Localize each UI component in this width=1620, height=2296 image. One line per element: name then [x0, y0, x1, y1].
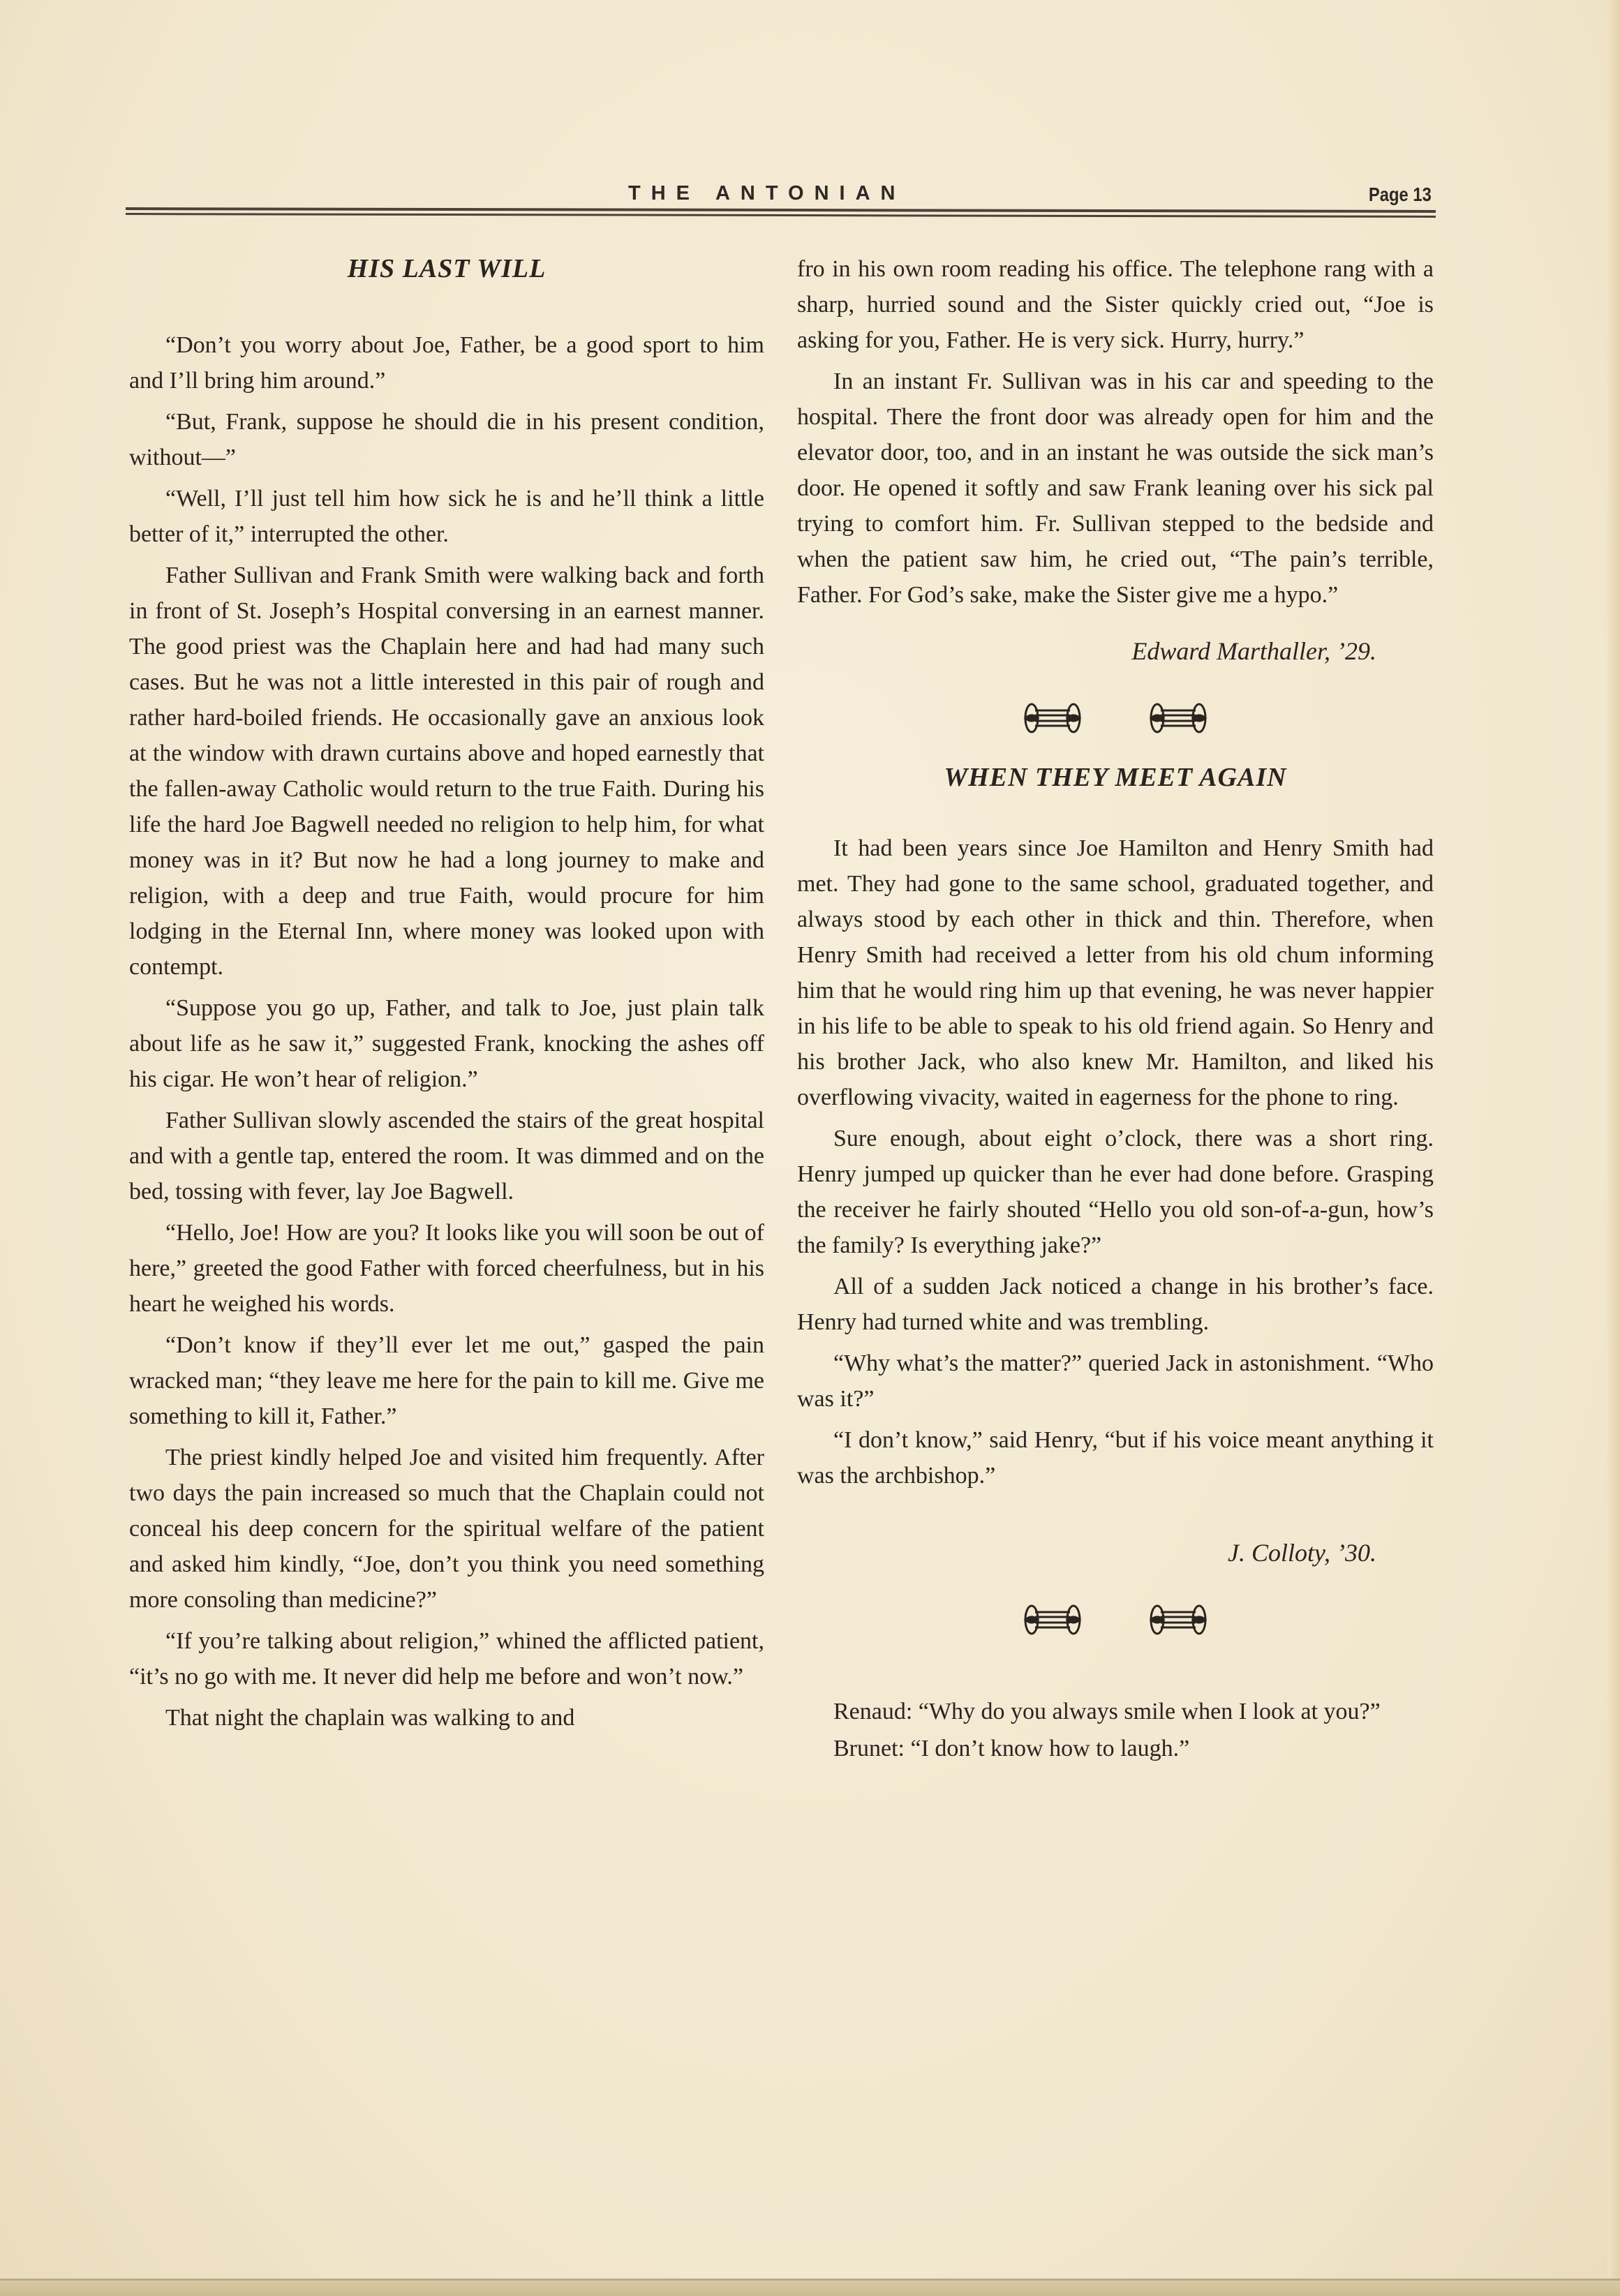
- paragraph: “I don’t know,” said Henry, “but if his …: [797, 1422, 1434, 1493]
- story-title-when-they-meet-again: WHEN THEY MEET AGAIN: [797, 760, 1434, 796]
- header-double-rule: [126, 207, 1436, 218]
- paragraph: All of a sudden Jack noticed a change in…: [797, 1269, 1434, 1340]
- scroll-ornament-icon: [1147, 700, 1210, 736]
- paragraph: Father Sullivan and Frank Smith were wal…: [129, 558, 764, 985]
- byline-story2: J. Colloty, ’30.: [797, 1535, 1434, 1571]
- story-title-his-last-will: HIS LAST WILL: [129, 251, 764, 287]
- section-divider: [797, 700, 1434, 736]
- paragraph: “But, Frank, suppose he should die in hi…: [129, 404, 764, 475]
- joke-section: Renaud: “Why do you always smile when I …: [797, 1694, 1434, 1766]
- paragraph: “Hello, Joe! How are you? It looks like …: [129, 1215, 764, 1322]
- paragraph: Sure enough, about eight o’clock, there …: [797, 1121, 1434, 1263]
- page-number: Page 13: [1369, 184, 1432, 206]
- paragraph: Father Sullivan slowly ascended the stai…: [129, 1103, 764, 1209]
- left-column: HIS LAST WILL “Don’t you worry about Joe…: [129, 251, 764, 1741]
- paragraph: The priest kindly helped Joe and visited…: [129, 1440, 764, 1618]
- paragraph: That night the chaplain was walking to a…: [129, 1700, 764, 1736]
- byline-story1: Edward Marthaller, ’29.: [797, 634, 1434, 669]
- paragraph-continued: fro in his own room reading his office. …: [797, 251, 1434, 358]
- paragraph: It had been years since Joe Hamilton and…: [797, 830, 1434, 1115]
- paragraph: “Why what’s the matter?” queried Jack in…: [797, 1345, 1434, 1417]
- paper-edge: [1607, 0, 1620, 2296]
- masthead-title: THE ANTONIAN: [628, 182, 906, 205]
- paper-bottom-edge: [0, 2279, 1620, 2296]
- section-divider: [797, 1602, 1434, 1638]
- joke-line: Renaud: “Why do you always smile when I …: [797, 1694, 1434, 1729]
- scroll-ornament-icon: [1021, 700, 1084, 736]
- scroll-ornament-icon: [1147, 1602, 1210, 1638]
- paragraph: “If you’re talking about religion,” whin…: [129, 1623, 764, 1694]
- page-header: THE ANTONIAN Page 13: [126, 178, 1436, 220]
- paragraph: “Suppose you go up, Father, and talk to …: [129, 990, 764, 1097]
- paragraph: “Don’t you worry about Joe, Father, be a…: [129, 327, 764, 398]
- paragraph: In an instant Fr. Sullivan was in his ca…: [797, 364, 1434, 613]
- right-column: fro in his own room reading his office. …: [797, 251, 1434, 1768]
- joke-line: Brunet: “I don’t know how to laugh.”: [797, 1731, 1434, 1766]
- paragraph: “Don’t know if they’ll ever let me out,”…: [129, 1327, 764, 1434]
- paragraph: “Well, I’ll just tell him how sick he is…: [129, 481, 764, 552]
- scroll-ornament-icon: [1021, 1602, 1084, 1638]
